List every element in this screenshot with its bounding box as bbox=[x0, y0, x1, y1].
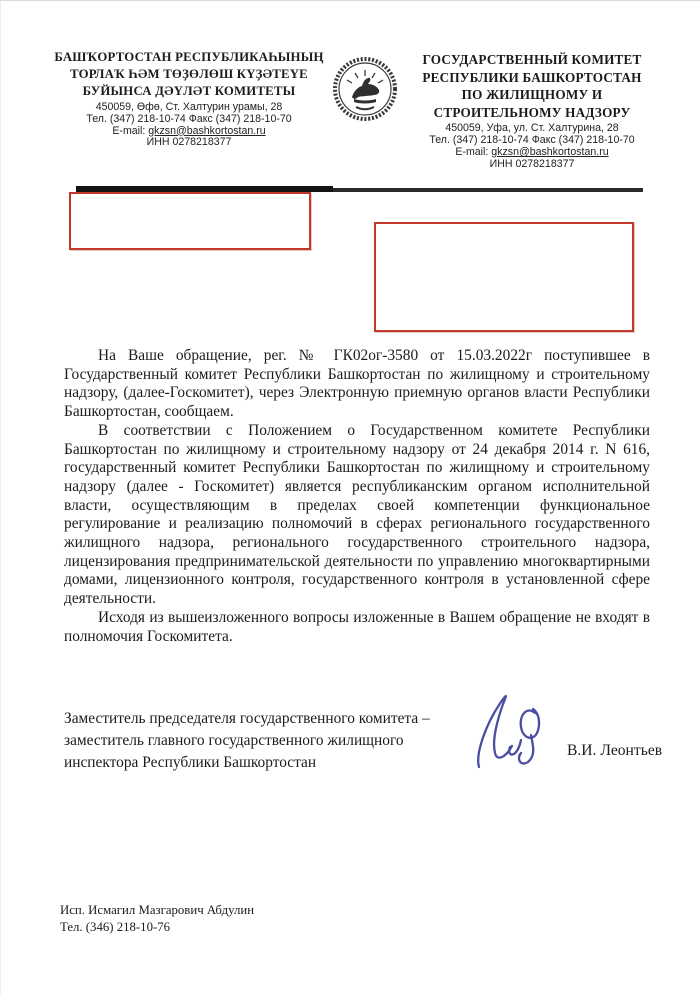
handwritten-signature bbox=[465, 689, 557, 779]
signature-position-line: инспектора Республики Башкортостан bbox=[64, 752, 494, 774]
header-right-email: E-mail: gkzsn@bashkortostan.ru bbox=[397, 147, 667, 159]
paragraph: На Ваше обращение, рег. № ГК02ог-3580 от… bbox=[64, 347, 650, 422]
header-right-title-line: РЕСПУБЛИКИ БАШКОРТОСТАН bbox=[397, 69, 667, 87]
signer-name: В.И. Леонтьев bbox=[567, 742, 662, 760]
email-address: gkzsn@bashkortostan.ru bbox=[491, 146, 608, 158]
header-left-inn: ИНН 0278218377 bbox=[51, 137, 327, 149]
executor-block: Исп. Исмагил Мазгарович Абдулин Тел. (34… bbox=[60, 902, 254, 936]
letter-page: БАШҠОРТОСТАН РЕСПУБЛИКАҺЫНЫҢ ТОРЛАҠ ҺӘМ … bbox=[0, 0, 700, 994]
signature-position-block: Заместитель председателя государственног… bbox=[64, 708, 494, 774]
redaction-box-left bbox=[69, 192, 311, 250]
signature-position-line: заместитель главного государственного жи… bbox=[64, 730, 494, 752]
header-right-title-line: ПО ЖИЛИЩНОМУ И bbox=[397, 86, 667, 104]
signature-position-line: Заместитель председателя государственног… bbox=[64, 708, 494, 730]
email-label: E-mail: bbox=[455, 146, 488, 158]
header-left-title-line: БУЙЫНСА ДӘҮЛӘТ КОМИТЕТЫ bbox=[51, 83, 327, 100]
letter-body: На Ваше обращение, рег. № ГК02ог-3580 от… bbox=[64, 347, 650, 646]
header-right-inn: ИНН 0278218377 bbox=[397, 159, 667, 171]
paragraph: В соответствии с Положением о Государств… bbox=[64, 422, 650, 609]
email-label: E-mail: bbox=[112, 125, 145, 137]
email-address: gkzsn@bashkortostan.ru bbox=[148, 125, 265, 137]
executor-phone: Тел. (346) 218-10-76 bbox=[60, 919, 254, 936]
header-right-title-line: СТРОИТЕЛЬНОМУ НАДЗОРУ bbox=[397, 104, 667, 122]
header-left-title-line: БАШҠОРТОСТАН РЕСПУБЛИКАҺЫНЫҢ bbox=[51, 49, 327, 66]
redaction-bar-right bbox=[333, 188, 643, 192]
header-left-bashkir: БАШҠОРТОСТАН РЕСПУБЛИКАҺЫНЫҢ ТОРЛАҠ ҺӘМ … bbox=[51, 49, 327, 149]
bashkortostan-emblem-icon bbox=[332, 57, 398, 123]
redaction-box-right bbox=[374, 222, 634, 332]
header-right-russian: ГОСУДАРСТВЕННЫЙ КОМИТЕТ РЕСПУБЛИКИ БАШКО… bbox=[397, 51, 667, 171]
paragraph: Исходя из вышеизложенного вопросы изложе… bbox=[64, 609, 650, 646]
header-right-title-line: ГОСУДАРСТВЕННЫЙ КОМИТЕТ bbox=[397, 51, 667, 69]
executor-name: Исп. Исмагил Мазгарович Абдулин bbox=[60, 902, 254, 919]
header-left-title-line: ТОРЛАҠ ҺӘМ ТӨҘӨЛӨШ КҮҘӘТЕҮЕ bbox=[51, 66, 327, 83]
